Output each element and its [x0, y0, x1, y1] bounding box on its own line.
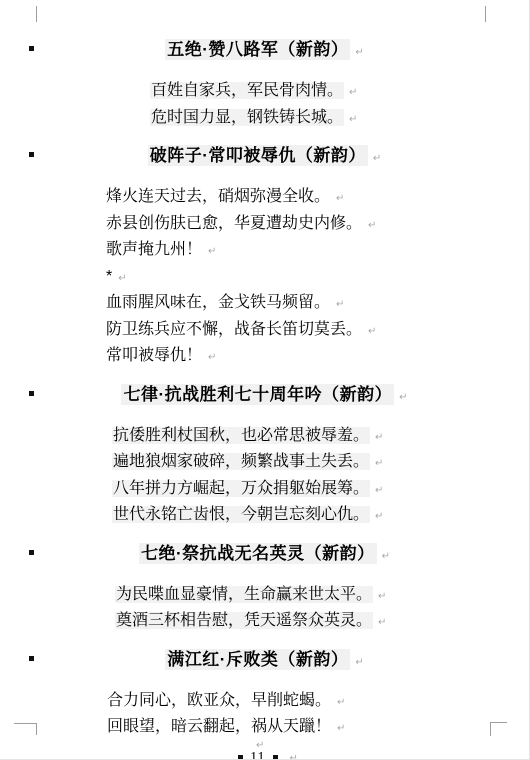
paragraph-mark: ↵ [349, 114, 357, 125]
poem-line: 奠酒三杯相告慰，凭天遥祭众英灵。↵ [115, 609, 529, 636]
poem-line: 遍地狼烟家破碎，频繁战事土失丢。↵ [112, 450, 529, 477]
poem-line: 回眼望，暗云翻起，祸从天躐！↵ [106, 715, 529, 742]
poem-line-text: 世代永铭亡齿恨，今朝岂忘刻心仇。 [112, 506, 370, 523]
poem-line-text: 烽火连天过去，硝烟弥漫全收。 [105, 188, 331, 205]
paragraph-mark: ↵ [355, 47, 363, 58]
poem-body: 烽火连天过去，硝烟弥漫全收。↵赤县创伤肤已愈，华夏遭劫史内修。↵歌声掩九州！↵*… [105, 185, 529, 371]
poem-line-text: 为民喋血显豪情，生命赢来世太平。 [115, 586, 373, 603]
poem-title: 满江红·斥败类（新韵） [165, 649, 350, 670]
poem-line-text: 赤县创伤肤已愈，华夏遭劫史内修。 [105, 215, 363, 232]
paragraph-mark: ↵ [382, 551, 390, 562]
poem-section: 五绝·赞八路军（新韵）↵百姓自家兵，军民骨肉情。↵危时国力显，钢铁铸长城。↵ [0, 38, 529, 132]
poem-line: 赤县创伤肤已愈，华夏遭劫史内修。↵ [105, 212, 529, 239]
footer-left-square-bullet [238, 755, 243, 760]
poem-line: 歌声掩九州！↵ [105, 238, 529, 265]
poem-line-text: 歌声掩九州！ [105, 241, 203, 258]
poem-line: 血雨腥风味在，金戈铁马频留。↵ [105, 291, 529, 318]
poem-line-text: 合力同心，欧亚众，早削蛇蝎。 [106, 692, 332, 709]
paragraph-mark: ↵ [337, 697, 345, 708]
paragraph-mark: ↵ [375, 511, 383, 522]
poem-line-text: 八年拼力方崛起，万众捐躯始展筹。 [112, 480, 370, 497]
poem-title: 五绝·赞八路军（新韵） [165, 39, 350, 60]
margin-crop-mark-bottom-left [14, 723, 37, 735]
paragraph-mark: ↵ [118, 273, 126, 284]
poem-body: 百姓自家兵，军民骨肉情。↵危时国力显，钢铁铸长城。↵ [150, 79, 529, 132]
poem-body: 合力同心，欧亚众，早削蛇蝎。↵回眼望，暗云翻起，祸从天躐！↵ [106, 689, 529, 742]
poem-line-text: 抗倭胜利杖国秋，也必常思被辱羞。 [112, 427, 370, 444]
poem-line-text: 遍地狼烟家破碎，频繁战事土失丢。 [112, 453, 370, 470]
paragraph-mark: ↵ [373, 153, 381, 164]
poem-title: 七律·抗战胜利七十周年吟（新韵） [121, 384, 394, 405]
margin-crop-mark-top-left [36, 6, 37, 22]
poem-line: 世代永铭亡齿恨，今朝岂忘刻心仇。↵ [112, 503, 529, 530]
page-number: 11 [250, 750, 265, 760]
poem-line-text: 回眼望，暗云翻起，祸从天躐！ [106, 718, 332, 735]
paragraph-mark: ↵ [337, 723, 345, 734]
poem-title-row: 满江红·斥败类（新韵）↵ [0, 648, 529, 675]
poem-line-text: 百姓自家兵，军民骨肉情。 [150, 82, 344, 99]
poem-title-row: 七律·抗战胜利七十周年吟（新韵）↵ [0, 383, 529, 410]
paragraph-mark: ↵ [336, 299, 344, 310]
poem-line: 烽火连天过去，硝烟弥漫全收。↵ [105, 185, 529, 212]
poem-section: 破阵子·常叩被辱仇（新韵）↵烽火连天过去，硝烟弥漫全收。↵赤县创伤肤已愈，华夏遭… [0, 144, 529, 371]
poem-line-text: 常叩被辱仇！ [105, 347, 203, 364]
list-bullet-square [29, 656, 34, 661]
poem-line: 防卫练兵应不懈，战备长笛切莫丢。↵ [105, 318, 529, 345]
paragraph-mark: ↵ [355, 657, 363, 668]
stanza-separator: * [105, 268, 113, 285]
poem-line: 八年拼力方崛起，万众捐躯始展筹。↵ [112, 477, 529, 504]
paragraph-mark: ↵ [368, 326, 376, 337]
poem-body: 抗倭胜利杖国秋，也必常思被辱羞。↵遍地狼烟家破碎，频繁战事土失丢。↵八年拼力方崛… [112, 424, 529, 530]
poem-title: 七绝·祭抗战无名英灵（新韵） [139, 543, 377, 564]
poem-section: 七绝·祭抗战无名英灵（新韵）↵为民喋血显豪情，生命赢来世太平。↵奠酒三杯相告慰，… [0, 542, 529, 636]
paragraph-mark: ↵ [399, 392, 407, 403]
document-page: 五绝·赞八路军（新韵）↵百姓自家兵，军民骨肉情。↵危时国力显，钢铁铸长城。↵破阵… [0, 0, 530, 760]
poem-title: 破阵子·常叩被辱仇（新韵） [148, 145, 368, 166]
poem-line: 危时国力显，钢铁铸长城。↵ [150, 106, 529, 133]
poem-section: 满江红·斥败类（新韵）↵合力同心，欧亚众，早削蛇蝎。↵回眼望，暗云翻起，祸从天躐… [0, 648, 529, 742]
poem-line-text: 血雨腥风味在，金戈铁马频留。 [105, 294, 331, 311]
paragraph-mark: ↵ [378, 617, 386, 628]
paragraph-mark: ↵ [375, 485, 383, 496]
poem-body: 为民喋血显豪情，生命赢来世太平。↵奠酒三杯相告慰，凭天遥祭众英灵。↵ [115, 583, 529, 636]
stanza-separator-line: *↵ [105, 265, 529, 292]
poem-title-row: 七绝·祭抗战无名英灵（新韵）↵ [0, 542, 529, 569]
list-bullet-square [29, 46, 34, 51]
poem-line-text: 奠酒三杯相告慰，凭天遥祭众英灵。 [115, 612, 373, 629]
paragraph-mark: ↵ [349, 87, 357, 98]
paragraph-mark: ↵ [368, 220, 376, 231]
poem-title-row: 五绝·赞八路军（新韵）↵ [0, 38, 529, 65]
paragraph-mark: ↵ [256, 740, 264, 751]
paragraph-mark: ↵ [290, 753, 298, 760]
paragraph-mark: ↵ [208, 352, 216, 363]
paragraph-mark: ↵ [375, 458, 383, 469]
poem-line-text: 危时国力显，钢铁铸长城。 [150, 109, 344, 126]
poem-line: 抗倭胜利杖国秋，也必常思被辱羞。↵ [112, 424, 529, 451]
footer-right-square-bullet [273, 755, 278, 760]
paragraph-mark: ↵ [208, 246, 216, 257]
list-bullet-square [29, 391, 34, 396]
paragraph-mark: ↵ [375, 432, 383, 443]
margin-crop-mark-bottom-right [490, 722, 507, 736]
paragraph-mark: ↵ [378, 591, 386, 602]
paragraph-mark: ↵ [336, 193, 344, 204]
poem-line-text: 防卫练兵应不懈，战备长笛切莫丢。 [105, 321, 363, 338]
margin-crop-mark-top-right [485, 6, 486, 22]
poem-line: 百姓自家兵，军民骨肉情。↵ [150, 79, 529, 106]
poem-section: 七律·抗战胜利七十周年吟（新韵）↵抗倭胜利杖国秋，也必常思被辱羞。↵遍地狼烟家破… [0, 383, 529, 530]
poem-line: 合力同心，欧亚众，早削蛇蝎。↵ [106, 689, 529, 716]
poem-line: 为民喋血显豪情，生命赢来世太平。↵ [115, 583, 529, 610]
poem-title-row: 破阵子·常叩被辱仇（新韵）↵ [0, 144, 529, 171]
page-footer: 11↵ [0, 749, 529, 760]
list-bullet-square [29, 152, 34, 157]
poem-line: 常叩被辱仇！↵ [105, 344, 529, 371]
list-bullet-square [29, 550, 34, 555]
poems-content: 五绝·赞八路军（新韵）↵百姓自家兵，军民骨肉情。↵危时国力显，钢铁铸长城。↵破阵… [0, 0, 529, 742]
